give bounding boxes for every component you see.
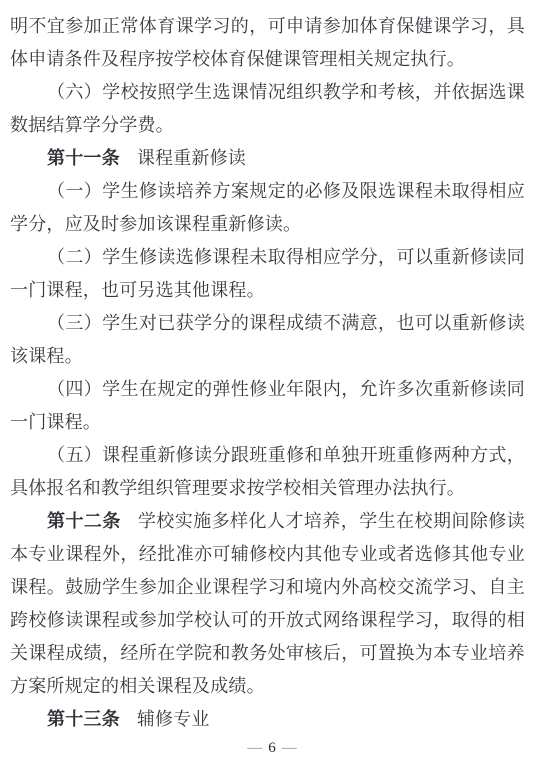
page-number-value: 6	[268, 740, 276, 756]
article-number: 第十二条	[47, 511, 121, 531]
line-text: 方案所规定的相关课程及成绩。	[10, 676, 265, 696]
text-line: 方案所规定的相关课程及成绩。	[10, 670, 525, 703]
text-line: （二）学生修读选修课程未取得相应学分，可以重新修读同	[10, 241, 525, 274]
text-line: （五）课程重新修读分跟班重修和单独开班重修两种方式，	[10, 439, 525, 472]
text-line: 一门课程，也可另选其他课程。	[10, 274, 525, 307]
text-line: （六）学校按照学生选课情况组织教学和考核，并依据选课	[10, 76, 525, 109]
page-number: —6—	[0, 736, 544, 760]
article-number: 第十三条	[47, 709, 120, 729]
article-heading-line: 第十一条课程重新修读	[10, 142, 525, 175]
line-text: 一门课程。	[10, 412, 101, 432]
article-heading-line: 第十二条学校实施多样化人才培养，学生在校期间除修读	[10, 505, 525, 538]
line-text: （二）学生修读选修课程未取得相应学分，可以重新修读同	[47, 247, 525, 267]
page-number-dash-left: —	[247, 740, 262, 756]
line-text: 明不宜参加正常体育课学习的，可申请参加体育保健课学习，具	[10, 16, 525, 36]
line-text: 课程。鼓励学生参加企业课程学习和境内外高校交流学习、自主	[10, 577, 525, 597]
line-text: 该课程。	[10, 346, 83, 366]
document-page: 明不宜参加正常体育课学习的，可申请参加体育保健课学习，具体申请条件及程序按学校体…	[0, 0, 544, 778]
page-number-dash-right: —	[282, 740, 297, 756]
line-text: 数据结算学分学费。	[10, 115, 174, 135]
text-line: （三）学生对已获学分的课程成绩不满意，也可以重新修读	[10, 307, 525, 340]
article-number: 第十一条	[47, 148, 120, 168]
line-text: 课程重新修读	[137, 148, 246, 168]
article-heading-line: 第十三条辅修专业	[10, 703, 525, 736]
text-line: 明不宜参加正常体育课学习的，可申请参加体育保健课学习，具	[10, 10, 525, 43]
line-text: 一门课程，也可另选其他课程。	[10, 280, 265, 300]
line-text: 关课程成绩，经所在学院和教务处审核后，可置换为本专业培养	[10, 643, 525, 663]
line-text: 学校实施多样化人才培养，学生在校期间除修读	[138, 511, 525, 531]
text-line: 跨校修读课程或参加学校认可的开放式网络课程学习，取得的相	[10, 604, 525, 637]
line-text: 本专业课程外，经批准亦可辅修校内其他专业或者选修其他专业	[10, 544, 525, 564]
text-line: 学分，应及时参加该课程重新修读。	[10, 208, 525, 241]
line-text: （三）学生对已获学分的课程成绩不满意，也可以重新修读	[47, 313, 525, 333]
text-line: 一门课程。	[10, 406, 525, 439]
text-line: 课程。鼓励学生参加企业课程学习和境内外高校交流学习、自主	[10, 571, 525, 604]
line-text: 辅修专业	[137, 709, 210, 729]
text-line: （一）学生修读培养方案规定的必修及限选课程未取得相应	[10, 175, 525, 208]
line-text: （六）学校按照学生选课情况组织教学和考核，并依据选课	[47, 82, 525, 102]
text-line: 关课程成绩，经所在学院和教务处审核后，可置换为本专业培养	[10, 637, 525, 670]
line-text: 学分，应及时参加该课程重新修读。	[10, 214, 301, 234]
document-body: 明不宜参加正常体育课学习的，可申请参加体育保健课学习，具体申请条件及程序按学校体…	[0, 0, 544, 736]
text-line: （四）学生在规定的弹性修业年限内，允许多次重新修读同	[10, 373, 525, 406]
text-line: 具体报名和教学组织管理要求按学校相关管理办法执行。	[10, 472, 525, 505]
line-text: （五）课程重新修读分跟班重修和单独开班重修两种方式，	[47, 445, 525, 465]
line-text: （一）学生修读培养方案规定的必修及限选课程未取得相应	[47, 181, 525, 201]
text-line: 数据结算学分学费。	[10, 109, 525, 142]
text-line: 本专业课程外，经批准亦可辅修校内其他专业或者选修其他专业	[10, 538, 525, 571]
text-line: 体申请条件及程序按学校体育保健课管理相关规定执行。	[10, 43, 525, 76]
text-line: 该课程。	[10, 340, 525, 373]
line-text: （四）学生在规定的弹性修业年限内，允许多次重新修读同	[47, 379, 525, 399]
line-text: 体申请条件及程序按学校体育保健课管理相关规定执行。	[10, 49, 465, 69]
line-text: 具体报名和教学组织管理要求按学校相关管理办法执行。	[10, 478, 465, 498]
line-text: 跨校修读课程或参加学校认可的开放式网络课程学习，取得的相	[10, 610, 525, 630]
